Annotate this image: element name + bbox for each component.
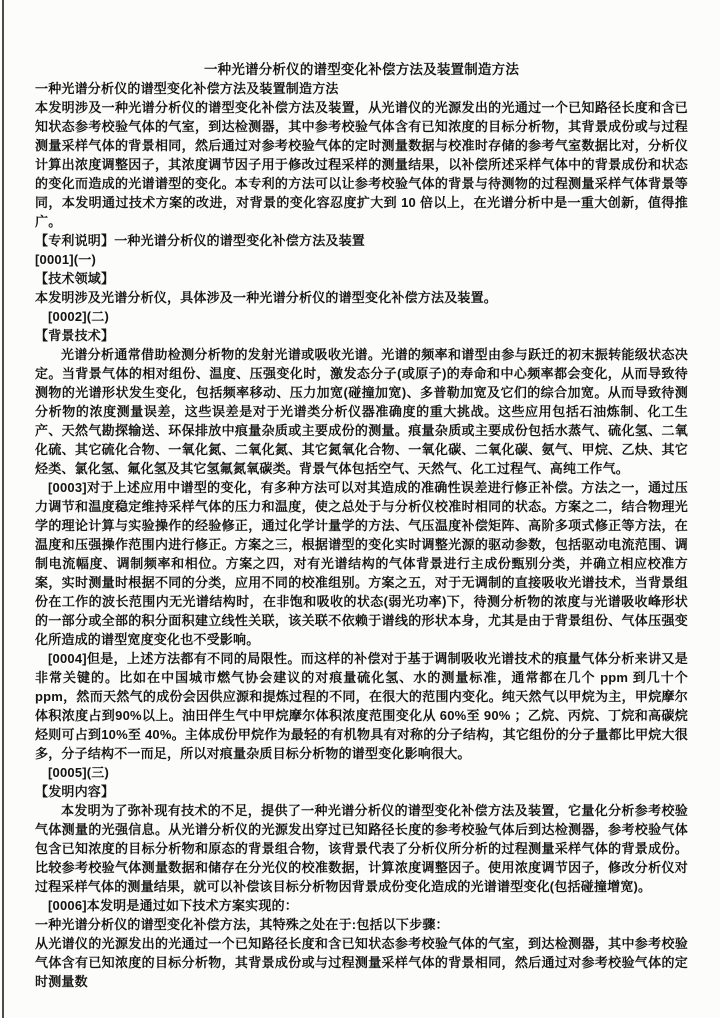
document-title: 一种光谱分析仪的谱型变化补偿方法及装置制造方法 — [35, 60, 688, 79]
paragraph-0006: [0006]本发明是通过如下技术方案实现的： — [35, 896, 688, 915]
section-heading-technical-field: 【技术领域】 — [35, 269, 688, 288]
paragraph-0001: [0001](一) — [35, 250, 688, 269]
method-step-paragraph: 从光谱仪的光源发出的光通过一个已知路径长度和含已知状态参考校验气体的气室，到达检… — [35, 934, 688, 991]
paragraph-0004: [0004]但是，上述方法都有不同的局限性。而这样的补偿对于基于调制吸收光谱技术… — [35, 649, 688, 763]
document-content: 一种光谱分析仪的谱型变化补偿方法及装置制造方法 一种光谱分析仪的谱型变化补偿方法… — [35, 60, 688, 991]
invention-title-line: 一种光谱分析仪的谱型变化补偿方法及装置制造方法 — [35, 79, 688, 98]
method-intro-line: 一种光谱分析仪的谱型变化补偿方法，其特殊之处在于:包括以下步骤： — [35, 915, 688, 934]
technical-field-paragraph: 本发明涉及光谱分析仪，具体涉及一种光谱分析仪的谱型变化补偿方法及装置。 — [35, 288, 688, 307]
patent-description-heading: 【专利说明】一种光谱分析仪的谱型变化补偿方法及装置 — [35, 231, 688, 250]
paragraph-0005: [0005](三) — [35, 763, 688, 782]
invention-content-paragraph: 本发明为了弥补现有技术的不足，提供了一种光谱分析仪的谱型变化补偿方法及装置，它量… — [35, 801, 688, 896]
background-art-paragraph: 光谱分析通常借助检测分析物的发射光谱或吸收光谱。光谱的频率和谱型由参与跃迁的初末… — [35, 345, 688, 478]
patent-document-page: 一种光谱分析仪的谱型变化补偿方法及装置制造方法 一种光谱分析仪的谱型变化补偿方法… — [0, 0, 720, 1018]
section-heading-background-art: 【背景技术】 — [35, 326, 688, 345]
abstract-paragraph: 本发明涉及一种光谱分析仪的谱型变化补偿方法及装置，从光谱仪的光源发出的光通过一个… — [35, 98, 688, 231]
page-left-edge-line — [2, 0, 4, 1018]
paragraph-0002: [0002](二) — [35, 307, 688, 326]
section-heading-invention-content: 【发明内容】 — [35, 782, 688, 801]
paragraph-0003: [0003]对于上述应用中谱型的变化，有多种方法可以对其造成的准确性误差进行修正… — [35, 478, 688, 649]
